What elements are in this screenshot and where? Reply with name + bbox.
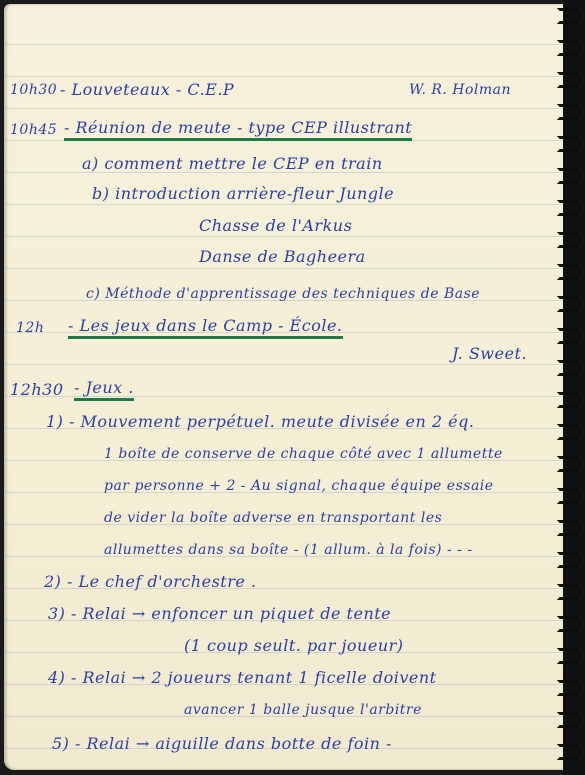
spiral-coil — [557, 360, 581, 376]
spiral-coil — [557, 584, 581, 600]
spiral-coil — [557, 520, 581, 536]
time-label: 12h30 — [10, 380, 64, 399]
spiral-coil — [557, 168, 581, 184]
spiral-coil — [557, 648, 581, 664]
game-item: 3) - Relai → enfoncer un piquet de tente — [48, 604, 391, 623]
author-label: J. Sweet. — [452, 344, 527, 363]
ruled-line — [4, 76, 570, 77]
handwritten-line: de vider la boîte adverse en transportan… — [104, 510, 442, 526]
handwritten-line: 1 boîte de conserve de chaque côté avec … — [104, 446, 503, 462]
spiral-coil — [557, 104, 581, 120]
spiral-coil — [557, 40, 581, 56]
ruled-line — [4, 364, 570, 365]
time-label: 10h30 — [10, 82, 57, 98]
author-label: W. R. Holman — [409, 82, 511, 98]
ruled-line — [4, 44, 570, 45]
handwritten-line-underlined: - Les jeux dans le Camp - École. — [68, 316, 343, 339]
time-label: 10h45 — [10, 122, 57, 138]
ruled-line — [4, 204, 570, 205]
ruled-line — [4, 236, 570, 237]
spiral-coil — [557, 8, 581, 24]
spiral-binding — [563, 0, 585, 775]
spiral-coil — [557, 616, 581, 632]
handwritten-line: a) comment mettre le CEP en train — [82, 154, 383, 173]
spiral-coil — [557, 552, 581, 568]
handwritten-line-underlined: - Réunion de meute - type CEP illustrant — [64, 118, 412, 141]
spiral-coil — [557, 712, 581, 728]
spiral-coil — [557, 488, 581, 504]
spiral-coil — [557, 136, 581, 152]
spiral-coil — [557, 328, 581, 344]
spiral-coil — [557, 392, 581, 408]
spiral-coil — [557, 232, 581, 248]
ruled-line — [4, 268, 570, 269]
handwritten-line: c) Méthode d'apprentissage des technique… — [86, 286, 480, 302]
spiral-coil — [557, 72, 581, 88]
game-item: 1) - Mouvement perpétuel. meute divisée … — [46, 412, 474, 431]
handwritten-line: b) introduction arrière-fleur Jungle — [92, 184, 394, 203]
spiral-coil — [557, 264, 581, 280]
ruled-line — [4, 108, 570, 109]
time-label: 12h — [16, 320, 44, 336]
spiral-coil — [557, 680, 581, 696]
game-item: 2) - Le chef d'orchestre . — [44, 572, 257, 591]
game-item: 5) - Relai → aiguille dans botte de foin… — [52, 734, 392, 753]
spiral-coil — [557, 296, 581, 312]
handwritten-line: Chasse de l'Arkus — [199, 216, 352, 235]
handwritten-line: (1 coup seult. par joueur) — [184, 636, 404, 655]
game-item: 4) - Relai → 2 joueurs tenant 1 ficelle … — [48, 668, 437, 687]
spiral-coil — [557, 424, 581, 440]
handwritten-line: - Louveteaux - C.E.P — [60, 80, 234, 99]
spiral-coil — [557, 200, 581, 216]
spiral-coil — [557, 456, 581, 472]
notebook-page: 10h30 - Louveteaux - C.E.P W. R. Holman … — [4, 4, 570, 770]
handwritten-line: Danse de Bagheera — [199, 247, 366, 266]
handwritten-line: avancer 1 balle jusque l'arbitre — [184, 702, 422, 718]
handwritten-line: allumettes dans sa boîte - (1 allum. à l… — [104, 542, 473, 558]
spiral-coil — [557, 744, 581, 760]
handwritten-line: par personne + 2 - Au signal, chaque équ… — [104, 478, 494, 494]
section-heading: - Jeux . — [74, 378, 134, 401]
